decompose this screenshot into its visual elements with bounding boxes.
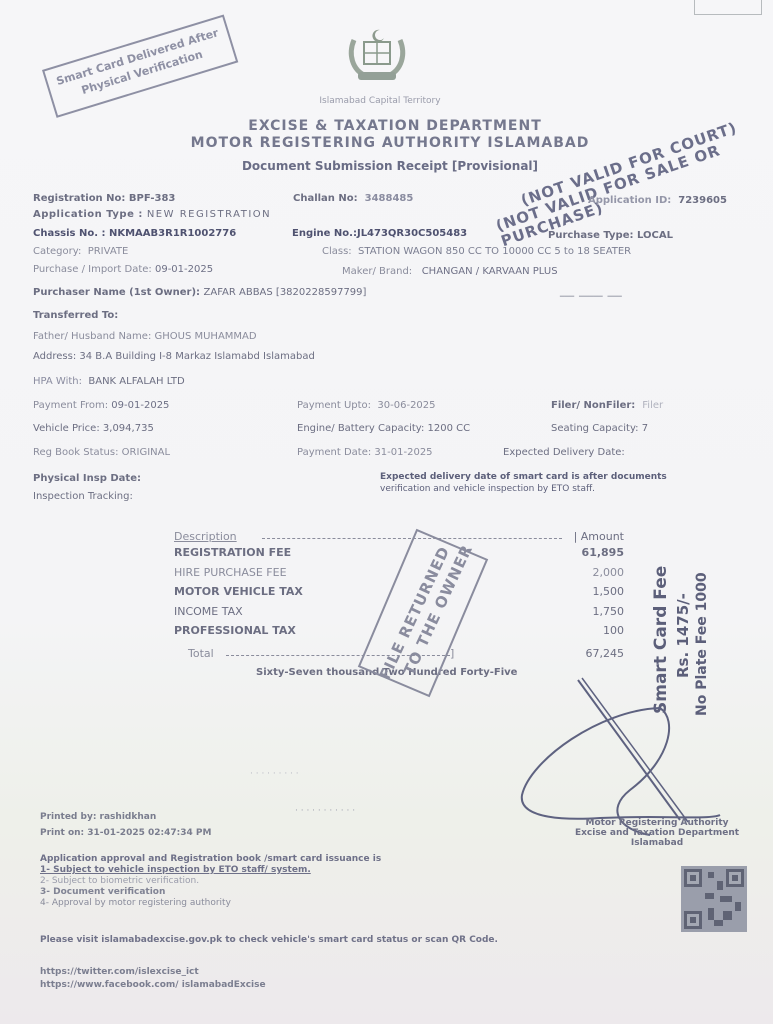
physical-insp-date-field: Physical Insp Date: — [33, 473, 141, 484]
conditions-intro: Application approval and Registration bo… — [40, 854, 381, 865]
payment-from-field: Payment From: 09-01-2025 — [33, 400, 169, 411]
challan-no-field: Challan No: 3488485 — [293, 193, 413, 204]
field-value: STATION WAGON 850 CC TO 10000 CC 5 to 18… — [358, 246, 631, 257]
purchase-type-field: Purchase Type: LOCAL — [548, 230, 673, 241]
amount-header: | Amount — [574, 530, 624, 543]
engine-no-field: Engine No.:JL473QR30C505483 — [292, 228, 467, 239]
application-id-field: Application ID: 7239605 — [588, 195, 727, 206]
filer-status-field: Filer/ NonFiler: Filer — [551, 400, 663, 411]
field-label: Registration No: — [33, 193, 125, 204]
field-value: NKMAAB3R1R1002776 — [109, 228, 236, 239]
vehicle-price-field: Vehicle Price: 3,094,735 — [33, 423, 154, 434]
print-timestamp: Print on: 31-01-2025 02:47:34 PM — [40, 828, 211, 838]
qr-code-icon[interactable] — [681, 866, 747, 932]
address-field: Address: 34 B.A Building I-8 Markaz Isla… — [33, 351, 315, 362]
twitter-link[interactable]: https://twitter.com/islexcise_ict — [40, 967, 199, 977]
field-label: Application ID: — [588, 195, 671, 206]
delivery-note-line: verification and vehicle inspection by E… — [380, 483, 667, 495]
field-label: Vehicle Price: — [33, 423, 100, 434]
field-label: Seating Capacity: — [551, 423, 639, 434]
territory-label: Islamabad Capital Territory — [290, 96, 470, 106]
condition-item: 3- Document verification — [40, 887, 381, 898]
field-value: ORIGINAL — [122, 447, 170, 458]
field-label: Category: — [33, 246, 81, 257]
purchaser-name-field: Purchaser Name (1st Owner): ZAFAR ABBAS … — [33, 287, 366, 298]
field-label: Class: — [322, 246, 352, 257]
field-label: Engine/ Battery Capacity: — [297, 423, 424, 434]
field-value: BPF-383 — [129, 193, 176, 204]
delivery-note-line: Expected delivery date of smart card is … — [380, 471, 667, 483]
field-label: Payment Date: — [297, 447, 371, 458]
condition-item: 2- Subject to biometric verification. — [40, 876, 381, 887]
field-label: Purchaser Name (1st Owner): — [33, 287, 200, 298]
field-value: ZAFAR ABBAS [3820228597799] — [204, 287, 367, 298]
application-type-field: Application Type : NEW REGISTRATION — [33, 209, 271, 220]
table-row: REGISTRATION FEE 61,895 — [174, 546, 624, 564]
field-value: 3488485 — [365, 193, 414, 204]
description-header: Description — [174, 530, 237, 543]
purchase-date-field: Purchase / Import Date: 09-01-2025 — [33, 264, 213, 275]
payment-upto-field: Payment Upto: 30-06-2025 — [297, 400, 436, 411]
field-value: JL473QR30C505483 — [357, 228, 467, 239]
field-value: CHANGAN / KARVAAN PLUS — [422, 266, 558, 277]
field-value: BANK ALFALAH LTD — [88, 376, 184, 387]
fee-desc: HIRE PURCHASE FEE — [174, 566, 287, 579]
reg-book-status-field: Reg Book Status: ORIGINAL — [33, 447, 170, 458]
field-label: Reg Book Status: — [33, 447, 118, 458]
note-line: Rs. 1475/- — [674, 593, 692, 678]
field-label: Challan No: — [293, 193, 358, 204]
field-label: Purchase / Import Date: — [33, 264, 152, 275]
registration-no-field: Registration No: BPF-383 — [33, 193, 175, 204]
class-field: Class: STATION WAGON 850 CC TO 10000 CC … — [322, 246, 631, 257]
field-label: Expected Delivery Date: — [503, 447, 625, 458]
field-value: Filer — [642, 400, 663, 411]
field-label: Address: — [33, 351, 76, 362]
inspection-tracking-field: Inspection Tracking: — [33, 491, 133, 502]
faint-background-text: · · · · · · · · · · · — [295, 806, 355, 816]
field-value: NEW REGISTRATION — [147, 209, 271, 220]
state-emblem-icon — [344, 26, 410, 88]
authority-line: Excise and Taxation Department — [552, 828, 762, 838]
field-value: LOCAL — [637, 230, 673, 241]
condition-item: 1- Subject to vehicle inspection by ETO … — [40, 865, 381, 876]
amount-header-label: Amount — [581, 530, 624, 543]
field-value: 7239605 — [678, 195, 727, 206]
field-label: Payment From: — [33, 400, 108, 411]
authority-signature-block: Motor Registering Authority Excise and T… — [552, 818, 762, 848]
field-label: Inspection Tracking: — [33, 491, 133, 502]
fee-desc: INCOME TAX — [174, 605, 243, 618]
total-label: Total — [188, 647, 214, 660]
field-value: GHOUS MUHAMMAD — [155, 331, 257, 342]
total-bracket: ] — [450, 647, 454, 660]
field-value: 7 — [642, 423, 648, 434]
chassis-no-field: Chassis No. : NKMAAB3R1R1002776 — [33, 228, 236, 239]
field-label: Filer/ NonFiler: — [551, 400, 635, 411]
category-field: Category: PRIVATE — [33, 246, 128, 257]
field-label: Physical Insp Date: — [33, 473, 141, 484]
authority-line: Islamabad — [552, 838, 762, 848]
field-value: 1200 CC — [428, 423, 471, 434]
authority-title: MOTOR REGISTERING AUTHORITY ISLAMABAD — [160, 135, 620, 151]
field-value: 09-01-2025 — [155, 264, 213, 275]
urdu-text: ـــ ـــــ ـــ — [560, 282, 622, 301]
engine-capacity-field: Engine/ Battery Capacity: 1200 CC — [297, 423, 470, 434]
expected-delivery-field: Expected Delivery Date: — [503, 447, 625, 458]
field-value: 09-01-2025 — [111, 400, 169, 411]
seating-capacity-field: Seating Capacity: 7 — [551, 423, 648, 434]
condition-item: 4- Approval by motor registering authori… — [40, 898, 381, 909]
transferred-to-label: Transferred To: — [33, 310, 118, 321]
field-label: HPA With: — [33, 376, 82, 387]
visit-website-note: Please visit islamabadexcise.gov.pk to c… — [40, 935, 498, 945]
hpa-with-field: HPA With: BANK ALFALAH LTD — [33, 376, 185, 387]
field-label: Application Type : — [33, 209, 143, 220]
authority-line: Motor Registering Authority — [552, 818, 762, 828]
field-label: Purchase Type: — [548, 230, 633, 241]
maker-brand-field: Maker/ Brand: CHANGAN / KARVAAN PLUS — [342, 266, 558, 277]
payment-date-field: Payment Date: 31-01-2025 — [297, 447, 433, 458]
field-value: 30-06-2025 — [377, 400, 435, 411]
field-label: Father/ Husband Name: — [33, 331, 151, 342]
field-label: Engine No.: — [292, 228, 357, 239]
corner-mark — [694, 0, 762, 15]
fee-desc: MOTOR VEHICLE TAX — [174, 585, 303, 598]
department-title: EXCISE & TAXATION DEPARTMENT — [190, 118, 600, 134]
facebook-link[interactable]: https://www.facebook.com/ islamabadExcis… — [40, 980, 266, 990]
field-value: 31-01-2025 — [374, 447, 432, 458]
field-label: Maker/ Brand: — [342, 266, 412, 277]
fee-desc: REGISTRATION FEE — [174, 546, 291, 559]
fee-desc: PROFESSIONAL TAX — [174, 624, 296, 637]
field-label: Chassis No. : — [33, 228, 106, 239]
field-value: 3,094,735 — [103, 423, 154, 434]
father-name-field: Father/ Husband Name: GHOUS MUHAMMAD — [33, 331, 257, 342]
delivery-note: Expected delivery date of smart card is … — [380, 471, 667, 495]
conditions-block: Application approval and Registration bo… — [40, 854, 381, 909]
receipt-title: Document Submission Receipt [Provisional… — [180, 159, 600, 173]
faint-background-text: · · · · · · · · · — [250, 769, 299, 779]
field-value: PRIVATE — [88, 246, 129, 257]
field-label: Payment Upto: — [297, 400, 371, 411]
field-value: 34 B.A Building I-8 Markaz Islamabd Isla… — [79, 351, 314, 362]
printed-by: Printed by: rashidkhan — [40, 812, 156, 822]
